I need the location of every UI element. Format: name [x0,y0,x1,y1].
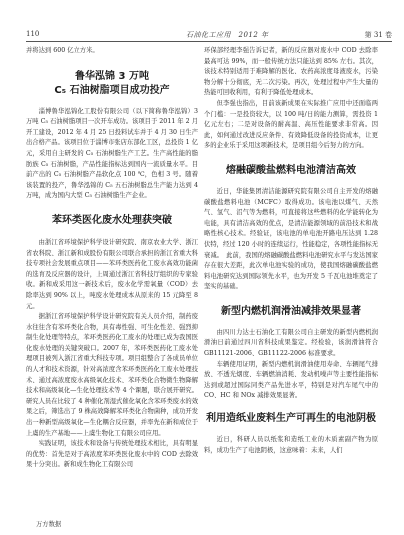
article-title: 鲁华泓锦 3 万吨 [26,70,198,84]
right-column: 环保部经理李强告诉记者，新的反应器对废水中 COD 去除率最高可达 99%，而一… [204,46,378,456]
left-column: 并将达到 600 亿立方米。 鲁华泓锦 3 万吨 C₅ 石油树脂项目成功投产 淄… [26,46,198,471]
article-paragraph: 由浙江省环境保护科学设计研究院、南京农业大学、浙江省农科院、浙江新和成股份有限公… [26,238,198,312]
article-paragraph: 环保部经理李强告诉记者，新的反应器对废水中 COD 去除率最高可达 99%，而一… [204,46,378,99]
article-title: 苯环类医化废水处理获突破 [26,214,198,228]
article-title: 熔融碳酸盐燃料电池清洁高效 [204,164,378,178]
article-paragraph: 由四川力达士石油化工有限公司自主研发的新型内燃机润滑油日前通过四川省科技成果鉴定… [204,328,378,360]
article-paragraph: 淄博鲁华泓锦化工股份有限公司（以下简称鲁华泓锦）3 万吨 C₅ 石油树脂项目一次… [26,107,198,202]
article-paragraph: 近日，科研人员以纸浆和造纸工业的木质素副产物为原料，成功生产了电池阴极，这意味着… [204,435,378,456]
header-rule [26,41,392,42]
article-paragraph: 实践证明，该技术和设备与传统处理技术相比，具有明显的优势：首先是对于高浓度苯环类… [26,439,198,471]
volume-number: 第 31 卷 [365,30,392,40]
article-title: 利用造纸业废料生产可再生的电池阴极 [204,412,378,426]
page-number: 110 [26,30,39,38]
article-title: 新型内燃机润滑油减排效果显著 [204,305,378,319]
article-paragraph: 但李强也指出，目前该新成果在实际推广应用中还面临两个门槛：一是投资较大，以 10… [204,99,378,152]
watermark-text: 万方数据 [36,519,61,528]
article-paragraph: 据浙江省环境保护科学设计研究院有关人员介绍，制药废水往往含有苯环类化合物，具有毒… [26,312,198,439]
article-paragraph: 车辆使用证明，新型内燃机润滑油使用寿命、车辆尾气排放、不透光烟度、车辆燃油消耗、… [204,360,378,402]
continuation-text: 并将达到 600 亿立方米。 [26,46,198,57]
article-paragraph: 近日，华能集团清洁能源研究院有限公司自主开发的熔融碳酸盐燃料电池（MCFC）取得… [204,187,378,293]
running-header: 110 石油化工应用 2012 年 第 31 卷 [26,28,392,42]
journal-title: 石油化工应用 2012 年 [186,30,269,40]
article-title: C₅ 石油树脂项目成功投产 [26,84,198,98]
